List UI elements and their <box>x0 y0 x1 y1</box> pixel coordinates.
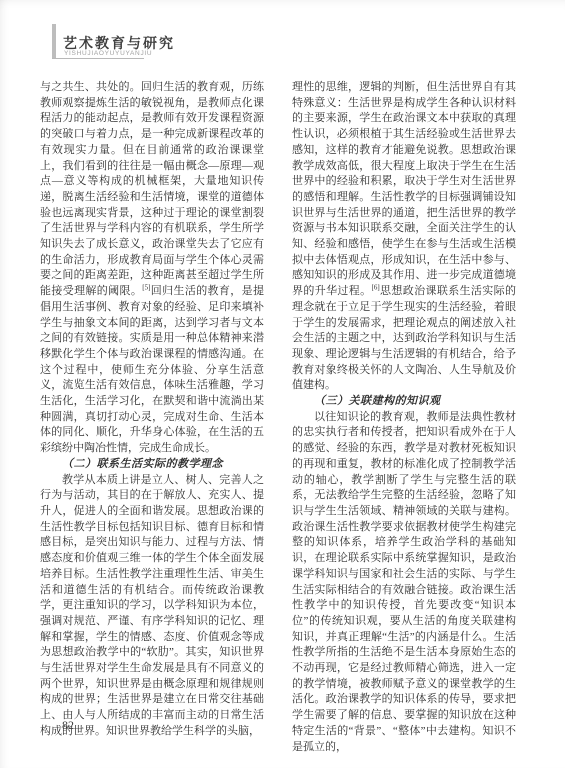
text-run: （二）联系生活实际的教学理念 <box>62 458 223 470</box>
text-run: 以往知识论的教育观，教师是法典性教材的忠实执行者和传授者，把知识看成外在于人的感… <box>292 411 516 753</box>
article-body: 与之共生、共处的。回归生活的教育观，历练教师观察提炼生活的敏锐视角，是教师点化课… <box>40 80 516 755</box>
text-column-right: 理性的思维，逻辑的判断，但生活世界自有其特殊意义：生活世界是构成学生各种认识材料… <box>292 80 516 755</box>
paragraph: 理性的思维，逻辑的判断，但生活世界自有其特殊意义：生活世界是构成学生各种认识材料… <box>292 80 516 394</box>
text-run: （三）关联建构的知识观 <box>314 395 441 407</box>
section-heading: （三）关联建构的知识观 <box>292 394 516 410</box>
text-run: 与之共生、共处的。回归生活的教育观，历练教师观察提炼生活的敏锐视角，是教师点化课… <box>40 81 264 297</box>
text-run: 教学从本质上讲是立人、树人、完善人之行为与活动，其目的在于解放人、充实人、提升人… <box>40 474 264 737</box>
journal-title-pinyin: YISHUJIAOYUYUYANJIU <box>64 50 152 57</box>
text-run: 思想政治课联系生活实际的理念就在于立足于学生现实的生活经验，着眼于学生的发展需求… <box>292 285 516 391</box>
paragraph: 教学从本质上讲是立人、树人、完善人之行为与活动，其目的在于解放人、充实人、提升人… <box>40 473 264 740</box>
header-rule <box>52 58 144 59</box>
page-number: 82 <box>62 718 74 733</box>
text-column-left: 与之共生、共处的。回归生活的教育观，历练教师观察提炼生活的敏锐视角，是教师点化课… <box>40 80 264 755</box>
text-run: 回归生活的教育，是提倡用生活事例、教育对象的经验、足印来填补学生与抽象文本间的距… <box>40 285 264 454</box>
footnote-reference: [6] <box>372 283 380 291</box>
journal-header: 艺术教育与研究 YISHUJIAOYUYUYANJIU <box>52 23 292 63</box>
scanned-paper-page: 艺术教育与研究 YISHUJIAOYUYUYANJIU 与之共生、共处的。回归生… <box>0 0 565 768</box>
text-run: 理性的思维，逻辑的判断，但生活世界自有其特殊意义：生活世界是构成学生各种认识材料… <box>292 81 516 297</box>
header-accent-bar <box>52 24 56 59</box>
section-heading: （二）联系生活实际的教学理念 <box>40 457 264 473</box>
paragraph: 与之共生、共处的。回归生活的教育观，历练教师观察提炼生活的敏锐视角，是教师点化课… <box>40 80 264 457</box>
paragraph: 以往知识论的教育观，教师是法典性教材的忠实执行者和传授者，把知识看成外在于人的感… <box>292 410 516 755</box>
